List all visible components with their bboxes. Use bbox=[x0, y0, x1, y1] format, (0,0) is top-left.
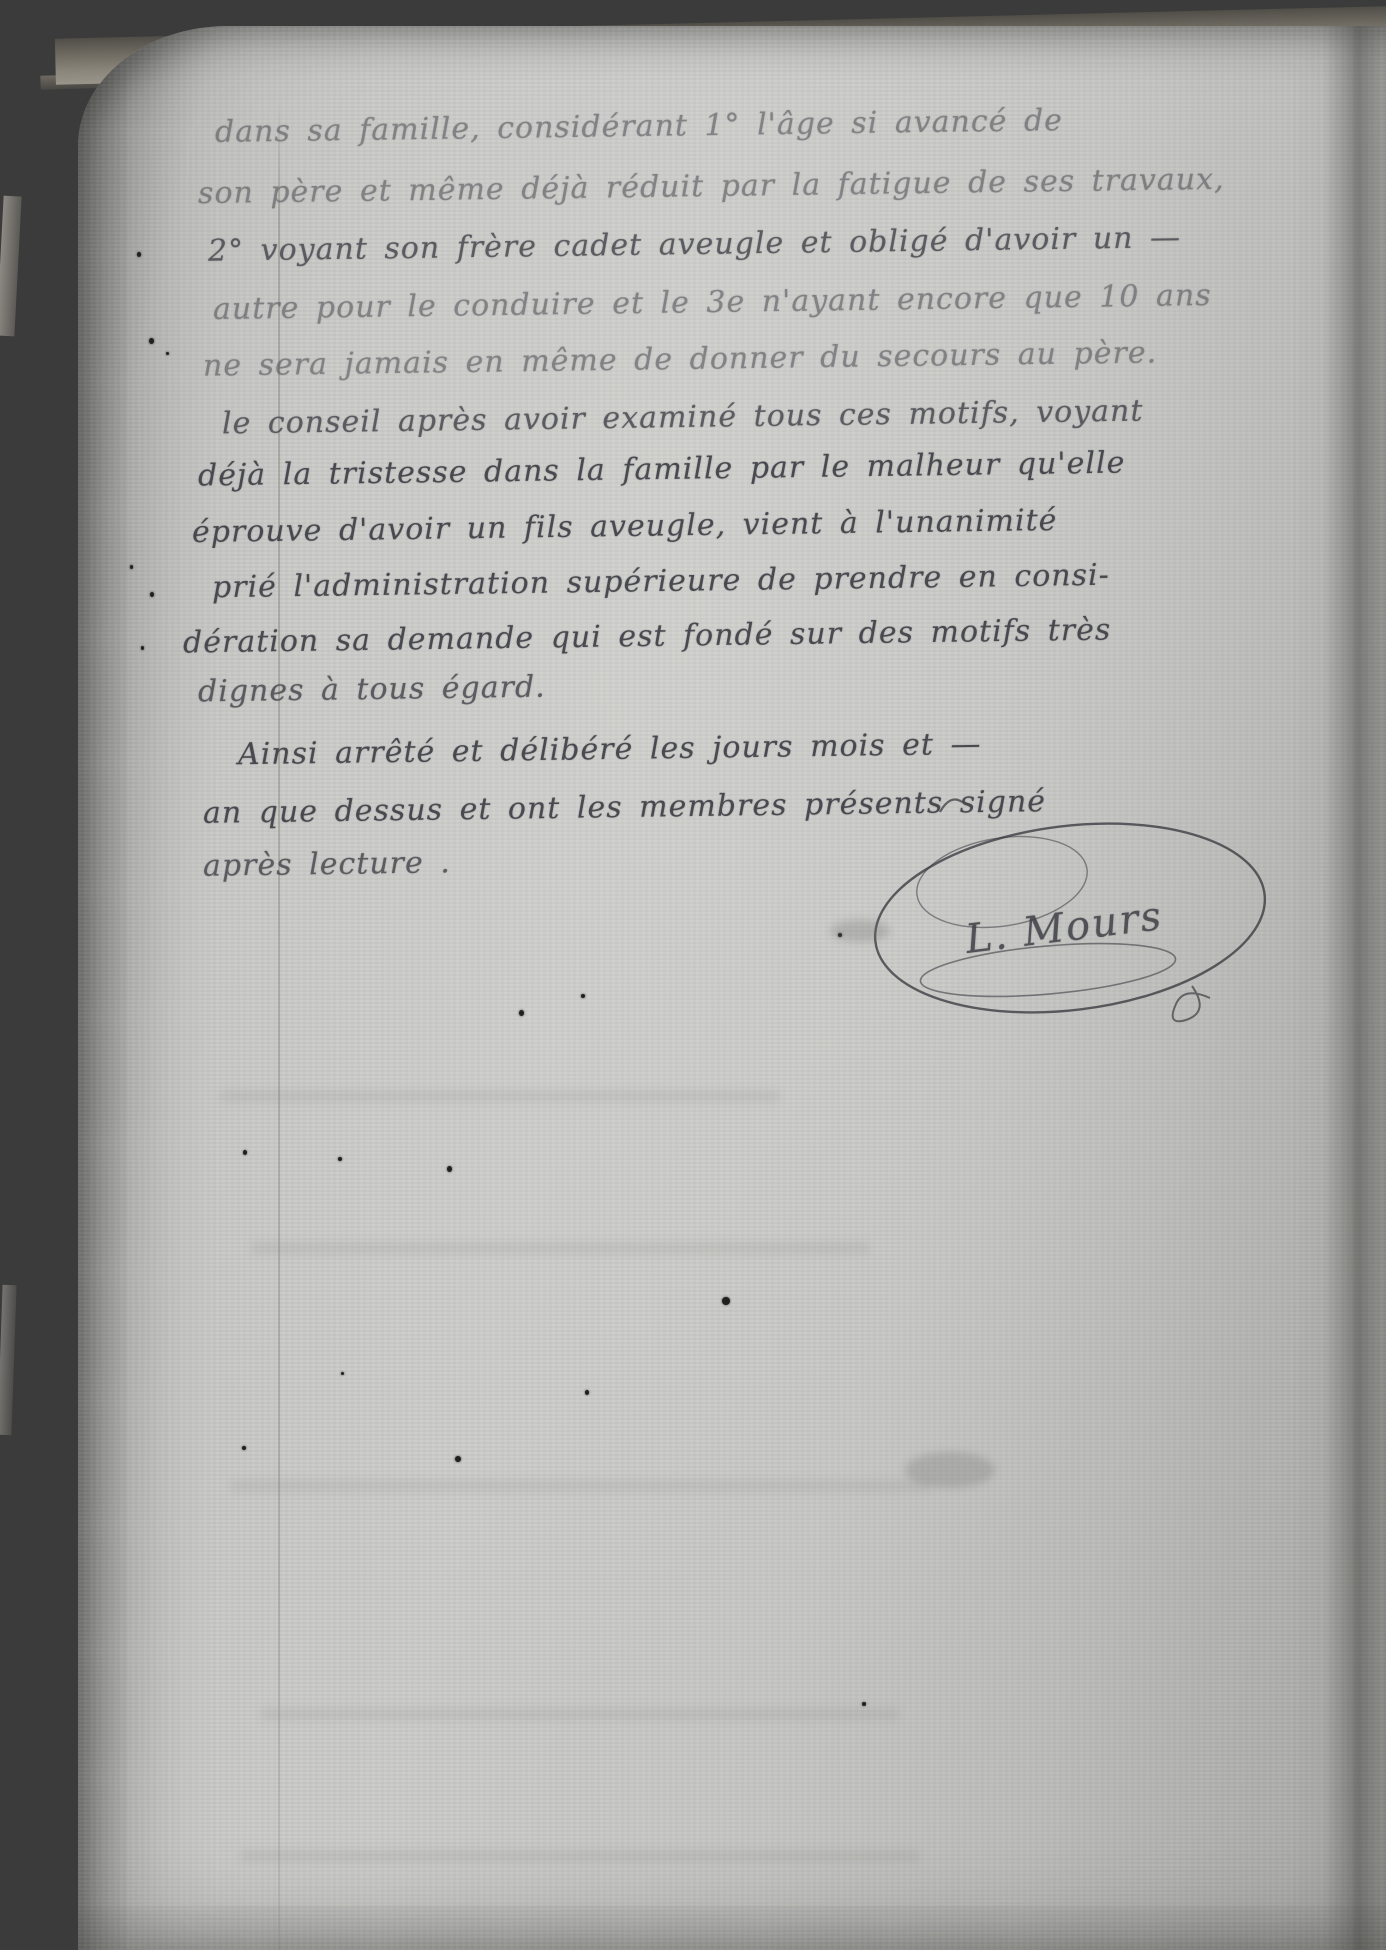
page-sliver bbox=[0, 1285, 17, 1435]
ink-spot bbox=[338, 1157, 342, 1161]
ink-spot bbox=[519, 1010, 524, 1016]
ink-spot bbox=[455, 1456, 461, 1462]
scanned-document: dans sa famille, considérant 1° l'âge si… bbox=[0, 0, 1386, 1950]
handwritten-line-11: dignes à tous égard. bbox=[198, 673, 546, 708]
handwritten-line-14: après lecture . bbox=[203, 848, 451, 881]
ink-spot bbox=[447, 1166, 452, 1172]
page-sliver bbox=[0, 196, 22, 337]
ink-spot bbox=[242, 1446, 246, 1450]
ink-spot bbox=[166, 352, 169, 355]
paper-crease bbox=[1323, 26, 1383, 1950]
ink-spot bbox=[862, 1702, 866, 1706]
show-through-line bbox=[260, 1708, 900, 1720]
ink-spot bbox=[150, 592, 154, 597]
ink-spot bbox=[137, 252, 141, 257]
ink-spot bbox=[149, 338, 154, 344]
ink-spot bbox=[722, 1297, 730, 1305]
ink-spot bbox=[130, 565, 133, 569]
show-through-line bbox=[240, 1850, 920, 1862]
smudge bbox=[830, 920, 890, 942]
ink-spot bbox=[341, 1372, 344, 1375]
show-through-line bbox=[230, 1480, 930, 1492]
ink-spot bbox=[585, 1390, 589, 1395]
show-through-line bbox=[220, 1090, 780, 1102]
ink-spot bbox=[243, 1150, 247, 1155]
ink-spot bbox=[141, 646, 144, 650]
ink-spot bbox=[581, 994, 585, 998]
show-through-line bbox=[250, 1242, 870, 1254]
